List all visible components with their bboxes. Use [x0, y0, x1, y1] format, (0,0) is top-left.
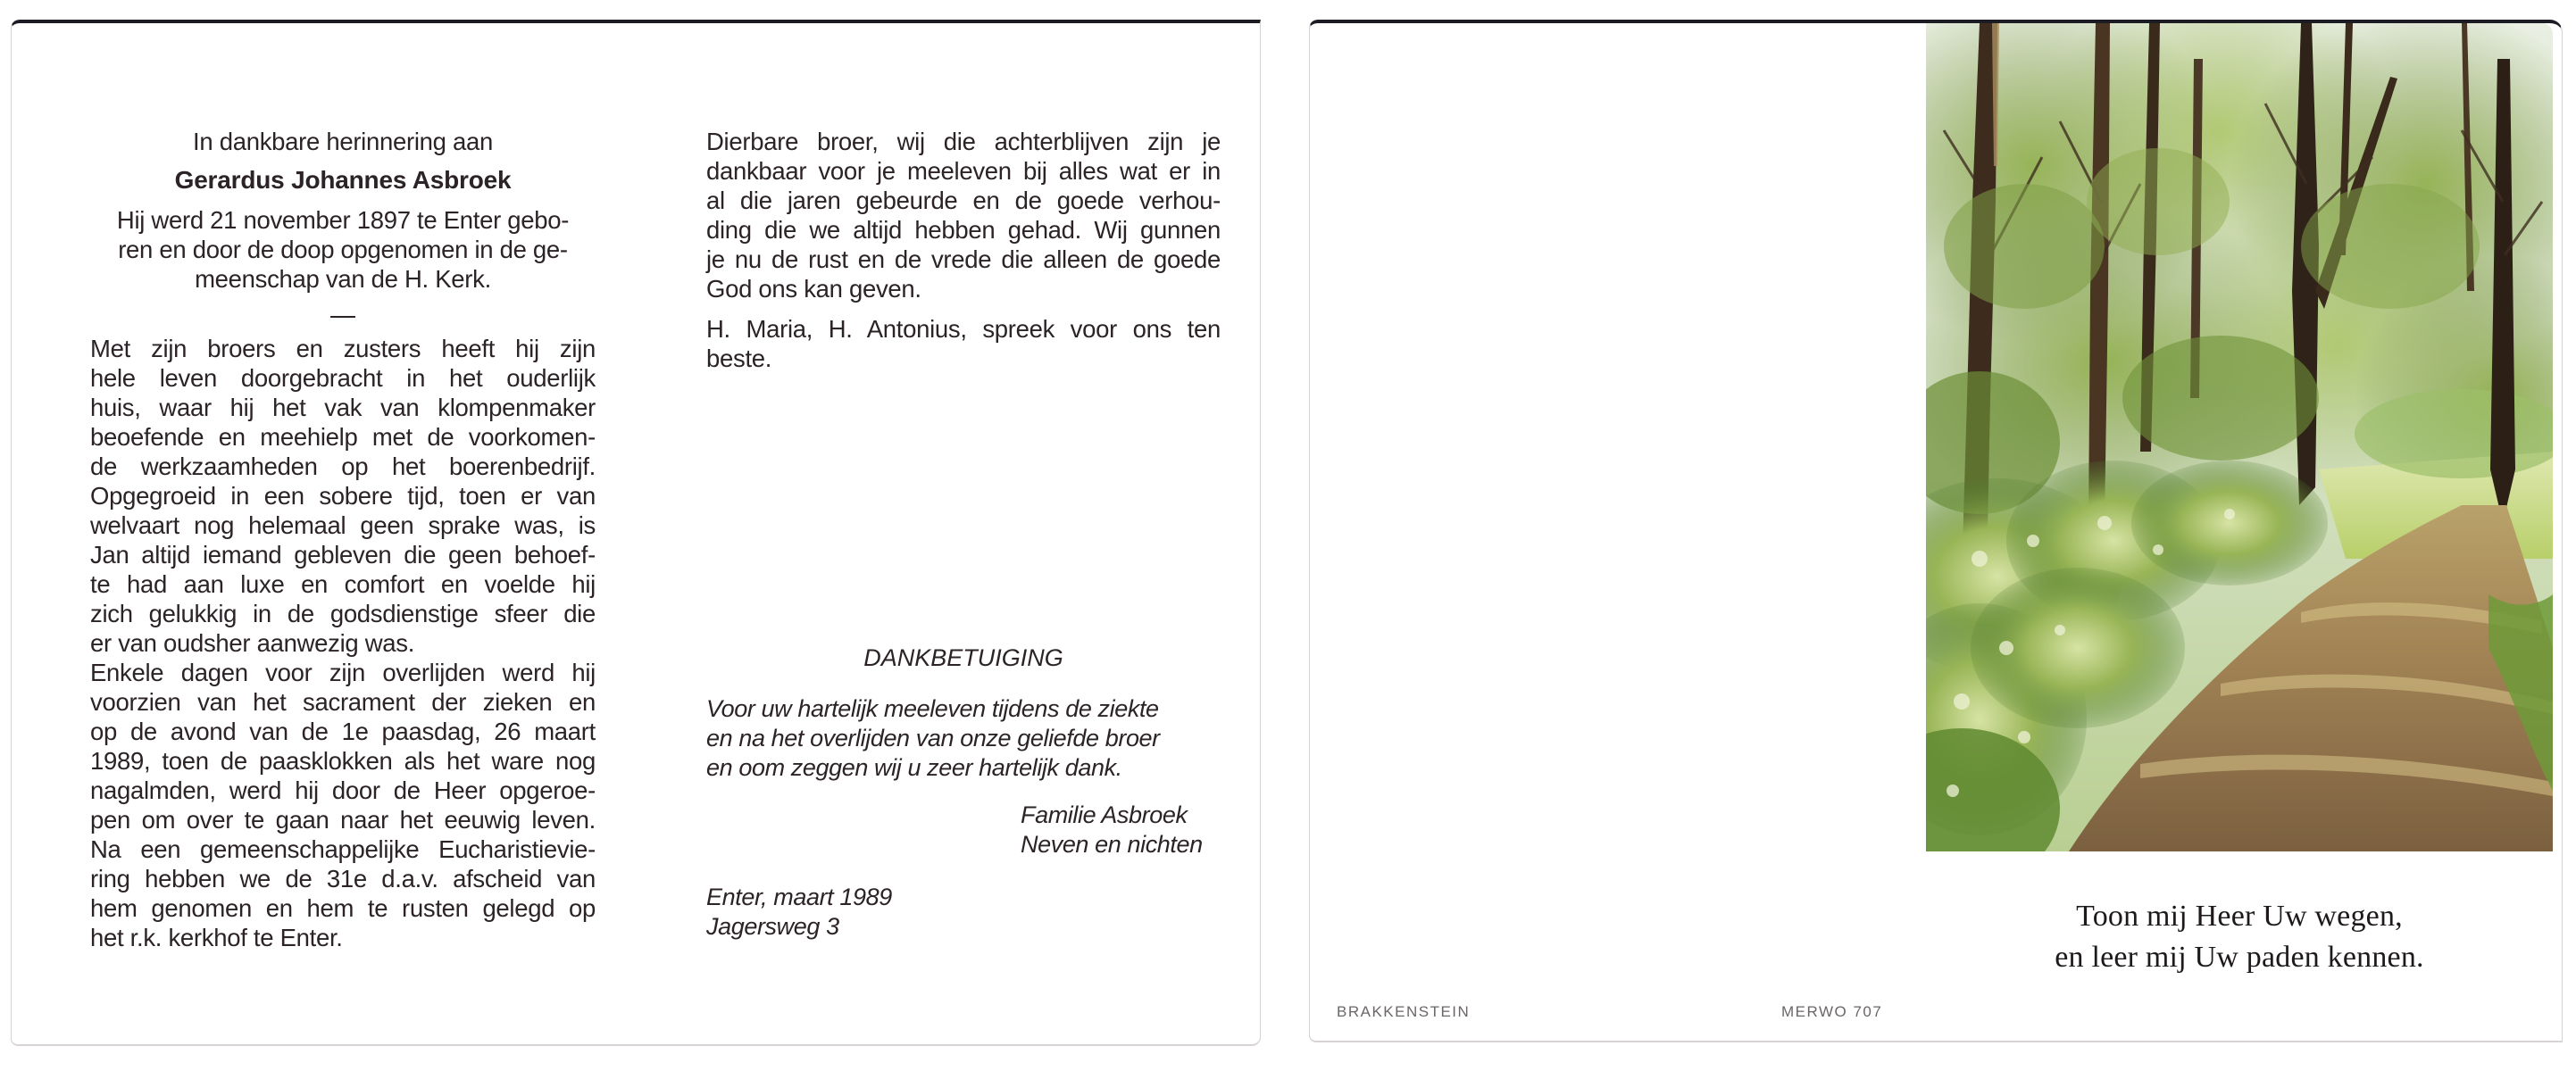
death-line: ring hebben we de 31e d.a.v. afscheid va… — [90, 864, 596, 893]
life-line: beoefende en meehielp met de voorkomen- — [90, 422, 596, 452]
death-line: nagalmden, werd hij door de Heer opgeroe… — [90, 776, 596, 805]
acknowledgement-line: en oom zeggen wij u zeer hartelijk dank. — [706, 753, 1221, 783]
death-line: 1989, toen de paasklokken als het ware n… — [90, 746, 596, 776]
scripture-caption: Toon mij Heer Uw wegen, en leer mij Uw p… — [1926, 896, 2553, 978]
prayer-line: beste. — [706, 344, 1221, 373]
life-paragraph: Met zijn broers en zusters heeft hij zij… — [90, 334, 596, 952]
address: Jagersweg 3 — [706, 912, 1221, 942]
separator-dash — [90, 297, 596, 327]
life-line: Met zijn broers en zusters heeft hij zij… — [90, 334, 596, 363]
farewell-line: ding die we altijd hebben gehad. Wij gun… — [706, 215, 1221, 245]
farewell-line: Dierbare broer, wij die achterblijven zi… — [706, 127, 1221, 156]
life-line: welvaart nog helemaal geen sprake was, i… — [90, 511, 596, 540]
place-and-address: Enter, maart 1989 Jagersweg 3 — [706, 883, 1221, 942]
print-code: MERWO 707 — [1781, 1003, 1882, 1021]
caption-line: en leer mij Uw paden kennen. — [1926, 937, 2553, 978]
birth-line: meenschap van de H. Kerk. — [90, 264, 596, 294]
death-line: pen om over te gaan naar het eeuwig leve… — [90, 805, 596, 834]
death-line: op de avond van de 1e paasdag, 26 maart — [90, 717, 596, 746]
farewell-column: Dierbare broer, wij die achterblijven zi… — [706, 127, 1221, 373]
acknowledgement-body: Voor uw hartelijk meeleven tijdens de zi… — [706, 694, 1221, 783]
family-signature: Familie Asbroek Neven en nichten — [1021, 801, 1221, 859]
acknowledgement-line: Voor uw hartelijk meeleven tijdens de zi… — [706, 694, 1221, 724]
life-line: huis, waar hij het vak van klompenmaker — [90, 393, 596, 422]
prayer-line: H. Maria, H. Antonius, spreek voor ons t… — [706, 314, 1221, 344]
death-line: hem genomen en hem te rusten gelegd op — [90, 893, 596, 923]
landscape-photo-icon — [1926, 23, 2553, 851]
life-line: er van oudsher aanwezig was. — [90, 628, 596, 658]
death-line: Na een gemeenschappelijke Eucharistievie… — [90, 834, 596, 864]
farewell-paragraph: Dierbare broer, wij die achterblijven zi… — [706, 127, 1221, 303]
birth-line: Hij werd 21 november 1897 te Enter gebo- — [90, 205, 596, 235]
acknowledgement-line: en na het overlijden van onze geliefde b… — [706, 724, 1221, 753]
place-date: Enter, maart 1989 — [706, 883, 1221, 912]
life-line: hele leven doorgebracht in het ouderlijk — [90, 363, 596, 393]
deceased-name: Gerardus Johannes Asbroek — [90, 165, 596, 195]
biography-column: In dankbare herinnering aan Gerardus Joh… — [90, 127, 596, 952]
death-line: voorzien van het sacrament der zieken en — [90, 687, 596, 717]
birth-line: ren en door de doop opgenomen in de ge- — [90, 235, 596, 264]
life-line: de werkzaamheden op het boerenbedrijf. — [90, 452, 596, 481]
life-line: zich gelukkig in de godsdienstige sfeer … — [90, 599, 596, 628]
prayer-paragraph: H. Maria, H. Antonius, spreek voor ons t… — [706, 314, 1221, 373]
farewell-line: je nu de rust en de vrede die alleen de … — [706, 245, 1221, 274]
death-line: het r.k. kerkhof te Enter. — [90, 923, 596, 952]
publisher-imprint: BRAKKENSTEIN — [1337, 1003, 1470, 1021]
memorial-card-cover: Toon mij Heer Uw wegen, en leer mij Uw p… — [1309, 20, 2563, 1042]
farewell-line: God ons kan geven. — [706, 274, 1221, 303]
life-line: te had aan luxe en comfort en voelde hij — [90, 569, 596, 599]
signature-line: Neven en nichten — [1021, 830, 1221, 859]
birth-paragraph: Hij werd 21 november 1897 te Enter gebo-… — [90, 205, 596, 294]
acknowledgement-title: DANKBETUIGING — [706, 643, 1221, 673]
dedication-line: In dankbare herinnering aan — [90, 127, 596, 156]
caption-line: Toon mij Heer Uw wegen, — [1926, 896, 2553, 937]
memorial-card-inside: In dankbare herinnering aan Gerardus Joh… — [11, 20, 1261, 1046]
farewell-line: dankbaar voor je meeleven bij alles wat … — [706, 156, 1221, 186]
acknowledgement-section: DANKBETUIGING Voor uw hartelijk meeleven… — [706, 643, 1221, 942]
life-line: Jan altijd iemand gebleven die geen beho… — [90, 540, 596, 569]
death-line: Enkele dagen voor zijn overlijden werd h… — [90, 658, 596, 687]
signature-line: Familie Asbroek — [1021, 801, 1221, 830]
farewell-line: al die jaren gebeurde en de goede verhou… — [706, 186, 1221, 215]
life-line: Opgegroeid in een sobere tijd, toen er v… — [90, 481, 596, 511]
